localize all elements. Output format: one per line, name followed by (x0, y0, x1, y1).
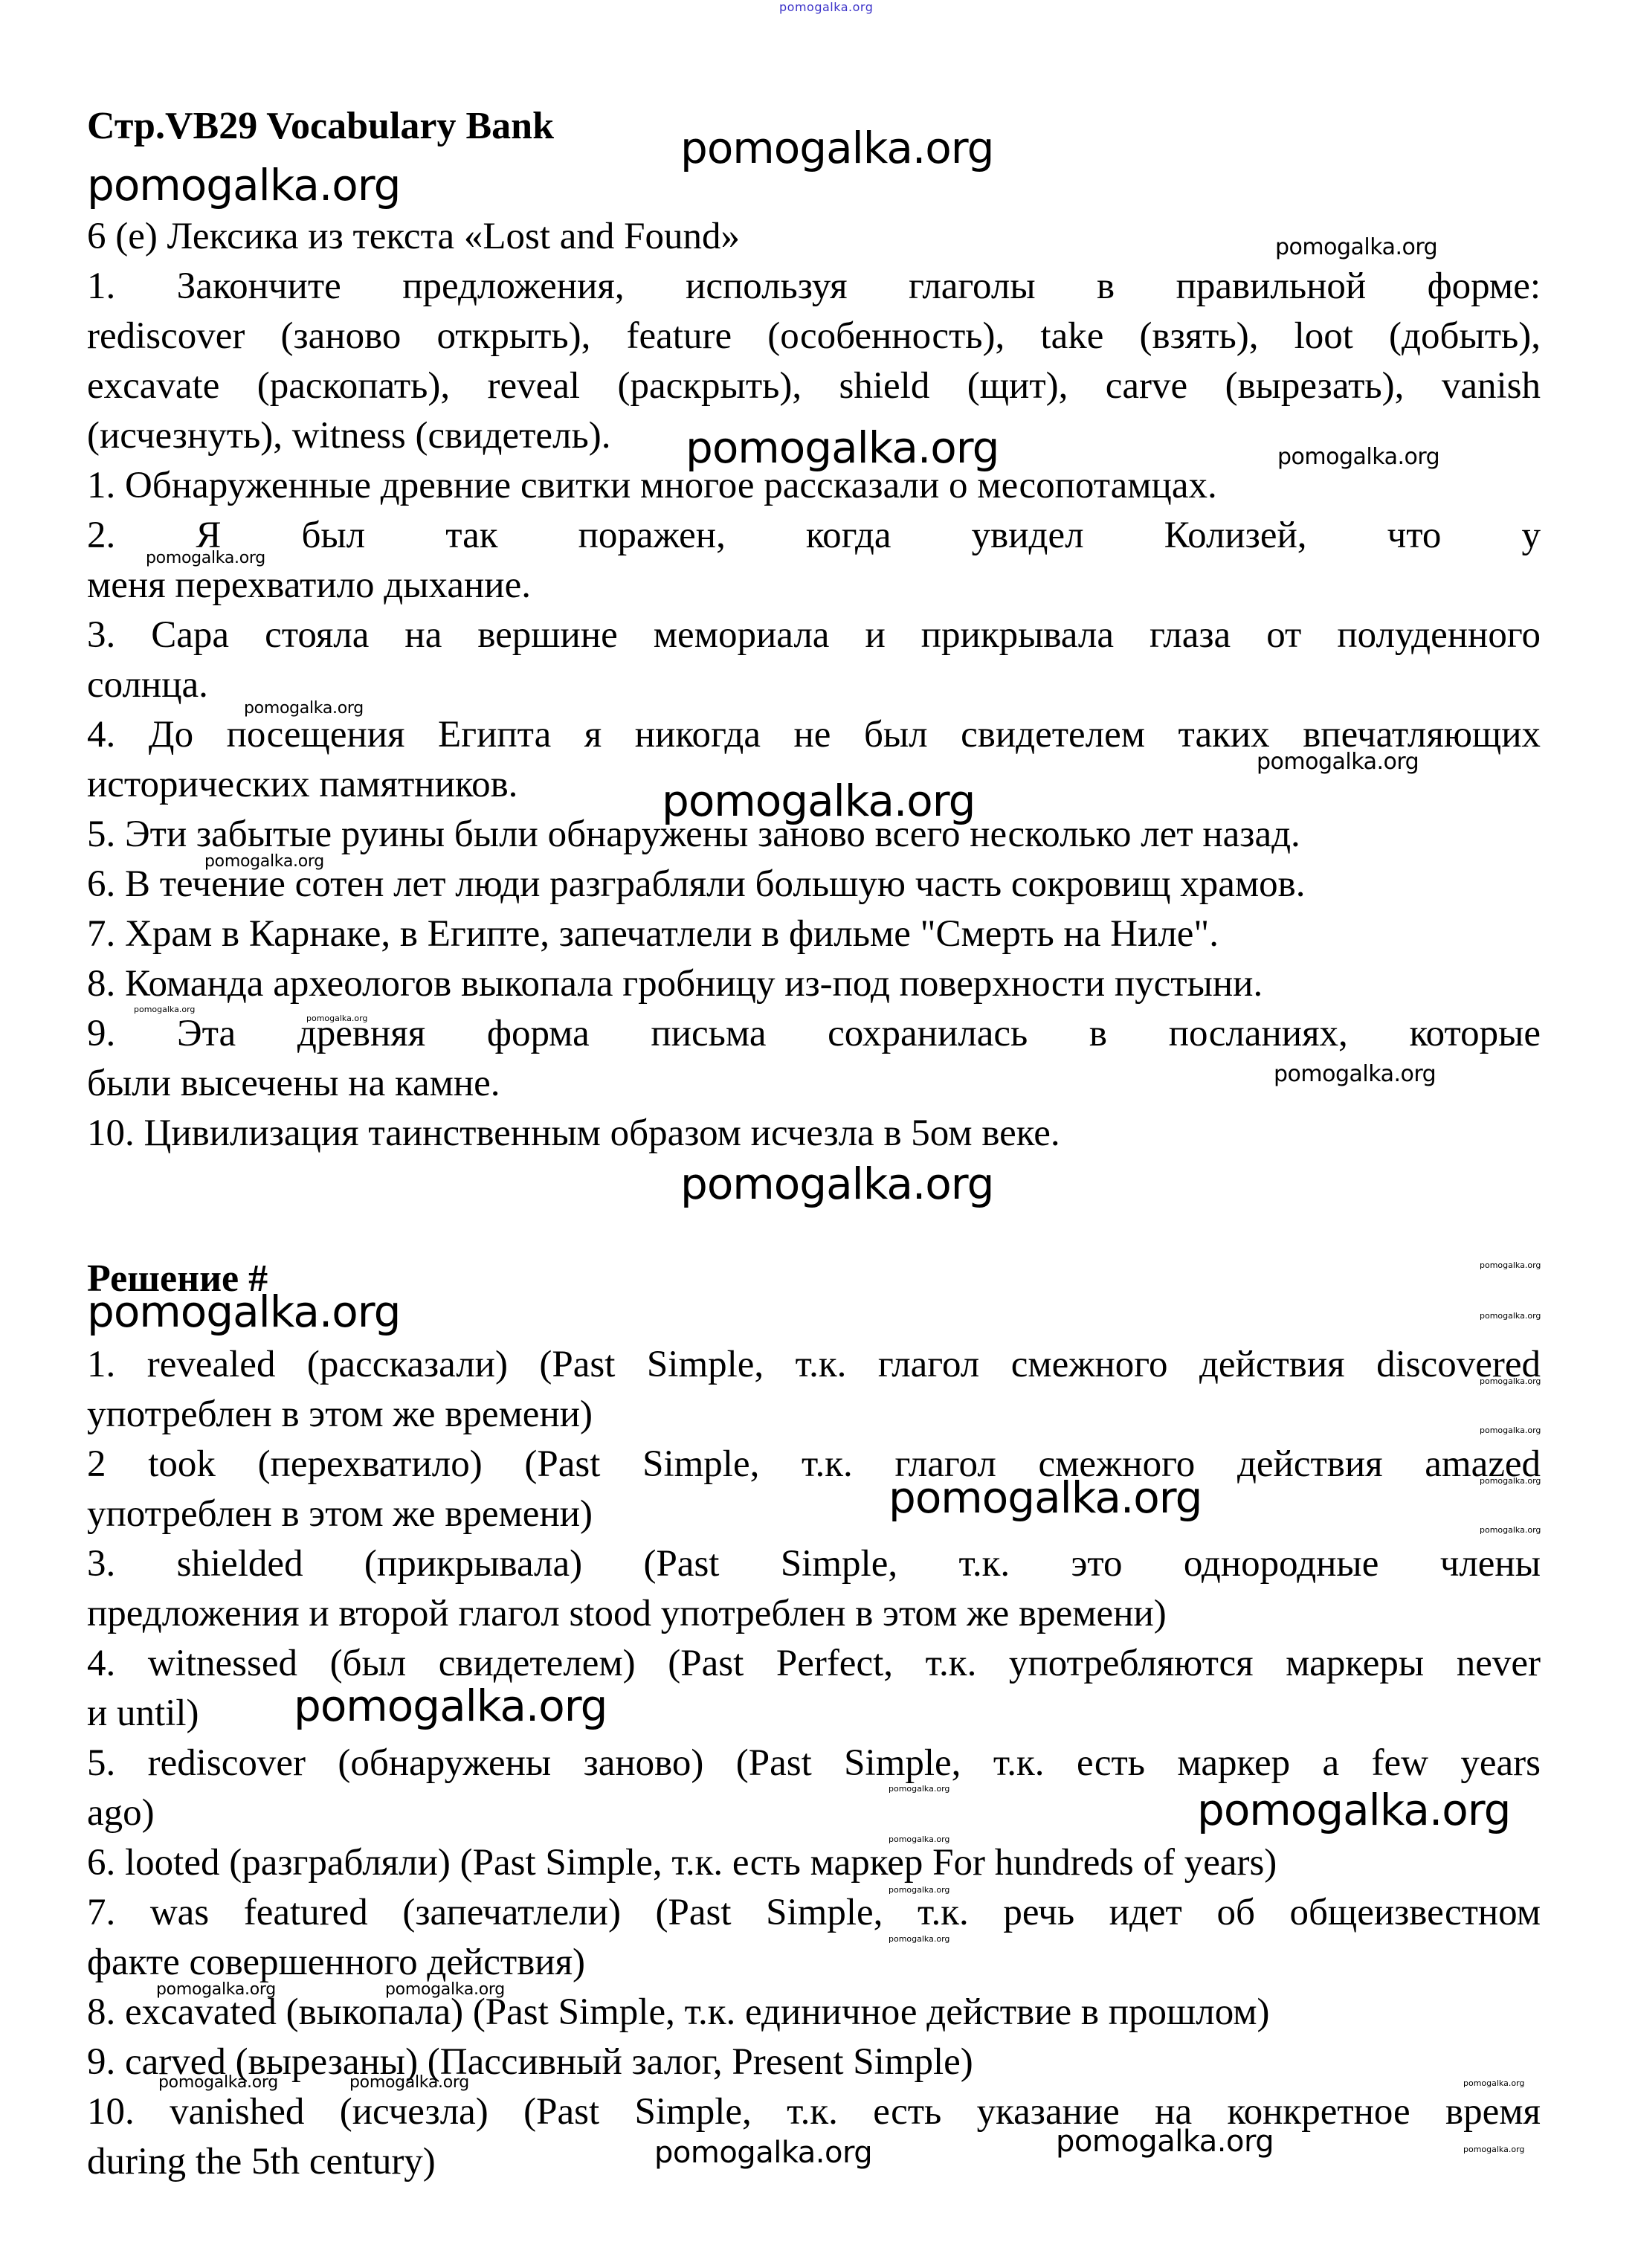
watermark: pomogalka.org (1480, 1261, 1541, 1269)
watermark: pomogalka.org (680, 126, 993, 170)
instruction-line: excavate (раскопать), reveal (раскрыть),… (87, 364, 1541, 408)
sentence-3: 3. Сара стояла на вершине мемориала и пр… (87, 613, 1541, 657)
sentence-8: 8. Команда археологов выкопала гробницу … (87, 961, 1541, 1006)
answer-10: 10. vanished (исчезла) (Past Simple, т.к… (87, 2090, 1541, 2134)
watermark: pomogalka.org (1274, 1063, 1436, 1086)
watermark: pomogalka.org (889, 1886, 949, 1894)
watermark: pomogalka.org (1277, 446, 1439, 468)
watermark: pomogalka.org (1480, 1426, 1541, 1434)
instruction-line: 1. Закончите предложения, используя глаг… (87, 264, 1541, 309)
answer-7: 7. was featured (запечатлели) (Past Simp… (87, 1890, 1541, 1935)
watermark: pomogalka.org (889, 1935, 949, 1943)
instruction-line: rediscover (заново открыть), feature (ос… (87, 314, 1541, 358)
watermark: pomogalka.org (158, 2075, 278, 2091)
watermark: pomogalka.org (1480, 1377, 1541, 1385)
watermark: pomogalka.org (306, 1014, 367, 1022)
answer-2-cont: употреблен в этом же времени) (87, 1492, 1541, 1536)
answer-8: 8. excavated (выкопала) (Past Simple, т.… (87, 1990, 1541, 2035)
watermark: pomogalka.org (889, 1835, 949, 1843)
watermark: pomogalka.org (1480, 1477, 1541, 1485)
watermark: pomogalka.org (889, 1785, 949, 1793)
answer-3: 3. shielded (прикрывала) (Past Simple, т… (87, 1541, 1541, 1586)
answer-2: 2 took (перехватило) (Past Simple, т.к. … (87, 1442, 1541, 1486)
top-watermark: pomogalka.org (779, 0, 873, 14)
watermark: pomogalka.org (1056, 2127, 1274, 2156)
watermark: pomogalka.org (1197, 1788, 1510, 1832)
sentence-10: 10. Цивилизация таинственным образом исч… (87, 1111, 1541, 1156)
watermark: pomogalka.org (146, 550, 265, 567)
watermark: pomogalka.org (662, 779, 975, 822)
watermark: pomogalka.org (349, 2075, 469, 2091)
watermark: pomogalka.org (134, 1005, 195, 1014)
watermark: pomogalka.org (87, 164, 400, 207)
watermark: pomogalka.org (1480, 1526, 1541, 1534)
watermark: pomogalka.org (686, 426, 999, 469)
answer-6: 6. looted (разграбляли) (Past Simple, т.… (87, 1840, 1541, 1885)
answer-7-cont: факте совершенного действия) (87, 1940, 1541, 1985)
answer-9: 9. carved (вырезаны) (Пассивный залог, P… (87, 2040, 1541, 2084)
answer-1-cont: употреблен в этом же времени) (87, 1392, 1541, 1437)
answer-5: 5. rediscover (обнаружены заново) (Past … (87, 1741, 1541, 1785)
watermark: pomogalka.org (244, 700, 364, 717)
sentence-2: 2. Я был так поражен, когда увидел Колиз… (87, 513, 1541, 558)
watermark: pomogalka.org (889, 1476, 1202, 1519)
watermark: pomogalka.org (1463, 2079, 1524, 2087)
sentence-2-cont: меня перехватило дыхание. (87, 563, 1541, 608)
sentence-7: 7. Храм в Карнаке, в Египте, запечатлели… (87, 912, 1541, 956)
watermark: pomogalka.org (156, 1982, 276, 1998)
watermark: pomogalka.org (1275, 236, 1437, 259)
document-page: pomogalka.org Стр.VB29 Vocabulary Bank 6… (0, 0, 1638, 2268)
sentence-9: 9. Эта древняя форма письма сохранилась … (87, 1011, 1541, 1056)
watermark: pomogalka.org (1463, 2145, 1524, 2153)
watermark: pomogalka.org (294, 1684, 607, 1727)
watermark: pomogalka.org (204, 854, 324, 870)
watermark: pomogalka.org (1480, 1312, 1541, 1320)
answer-1: 1. revealed (рассказали) (Past Simple, т… (87, 1342, 1541, 1387)
answer-3-cont: предложения и второй глагол stood употре… (87, 1591, 1541, 1636)
watermark: pomogalka.org (1257, 751, 1419, 773)
watermark: pomogalka.org (385, 1982, 505, 1998)
answer-4: 4. witnessed (был свидетелем) (Past Perf… (87, 1641, 1541, 1686)
watermark: pomogalka.org (680, 1162, 993, 1205)
watermark: pomogalka.org (87, 1290, 400, 1333)
watermark: pomogalka.org (654, 2138, 872, 2168)
